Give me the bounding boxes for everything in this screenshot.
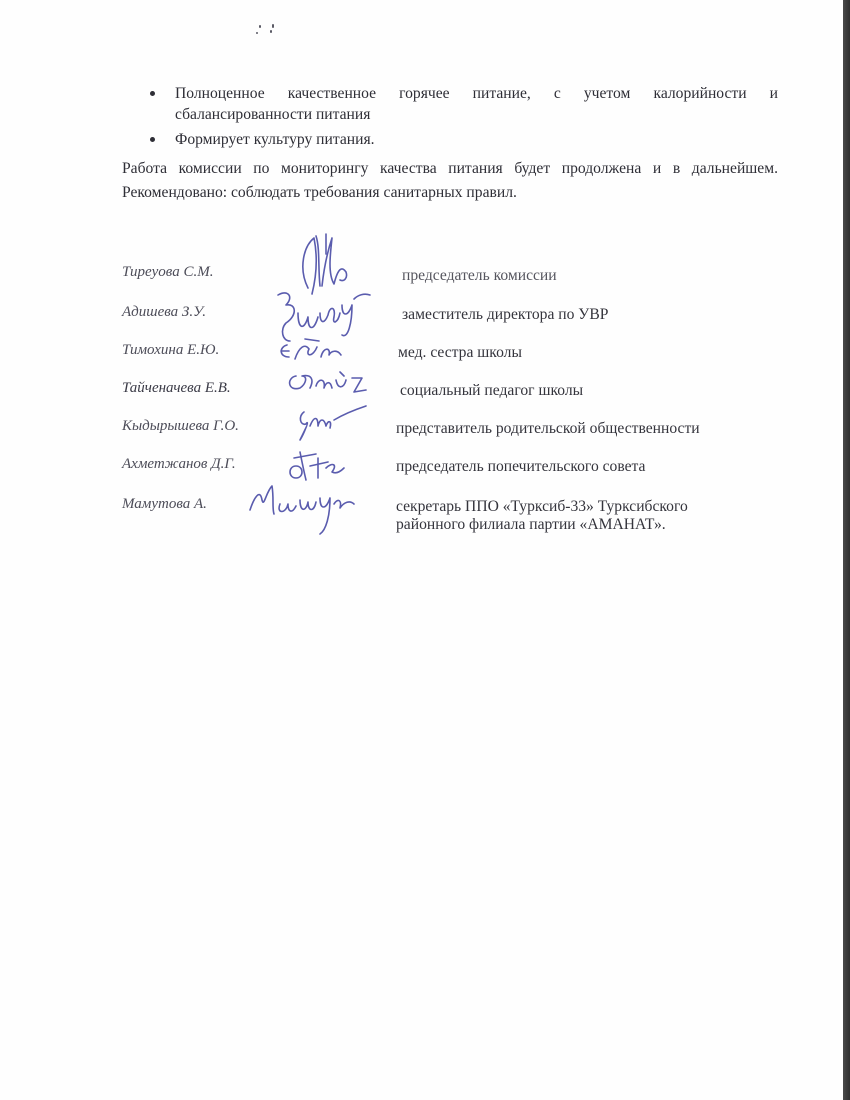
scanner-edge-shadow — [843, 0, 850, 1100]
signatory-name: Кыдырышева Г.О. — [122, 418, 239, 435]
signatory-name: Мамутова А. — [122, 496, 207, 513]
signatory-row: Ахметжанов Д.Г. председатель попечительс… — [122, 456, 782, 480]
bullet-list: Полноценное качественное горячее питание… — [122, 83, 778, 154]
signatory-row: Тиреуова С.М. председатель комиссии — [122, 264, 782, 288]
bullet-item: Формирует культуру питания. — [122, 129, 778, 150]
signatory-role-continued: районного филиала партии «АМАНАТ». — [396, 515, 666, 534]
signatory-row: Мамутова А. секретарь ППО «Турксиб-33» Т… — [122, 496, 782, 540]
bullet-icon — [150, 91, 155, 96]
scan-artifact-marks — [255, 22, 285, 40]
signatory-row: Тайченачева Е.В. социальный педагог школ… — [122, 380, 782, 404]
signatory-role: представитель родительской общественност… — [396, 419, 700, 438]
signatory-role: председатель попечительского совета — [396, 457, 645, 476]
signatory-role: мед. сестра школы — [398, 343, 522, 362]
bullet-item: Полноценное качественное горячее питание… — [122, 83, 778, 125]
signatory-row: Кыдырышева Г.О. представитель родительск… — [122, 418, 782, 442]
bullet-icon — [150, 137, 155, 142]
signatory-name: Тиреуова С.М. — [122, 264, 213, 281]
signatory-role: секретарь ППО «Турксиб-33» Турксибского — [396, 497, 688, 516]
document-page: Полноценное качественное горячее питание… — [0, 0, 843, 1100]
signatory-role: председатель комиссии — [402, 266, 557, 285]
signatory-role: социальный педагог школы — [400, 381, 583, 400]
signatory-name: Тайченачева Е.В. — [122, 380, 231, 397]
signatory-name: Ахметжанов Д.Г. — [122, 456, 236, 473]
signatory-name: Тимохина Е.Ю. — [122, 342, 219, 359]
bullet-text: Формирует культуру питания. — [175, 131, 375, 148]
signatory-row: Тимохина Е.Ю. мед. сестра школы — [122, 342, 782, 366]
signatory-row: Адишева З.У. заместитель директора по УВ… — [122, 304, 782, 328]
signatory-name: Адишева З.У. — [122, 304, 206, 321]
signatory-role: заместитель директора по УВР — [402, 305, 608, 324]
conclusion-paragraph: Работа комиссии по мониторингу качества … — [122, 157, 778, 205]
bullet-text: Полноценное качественное горячее питание… — [175, 83, 778, 125]
